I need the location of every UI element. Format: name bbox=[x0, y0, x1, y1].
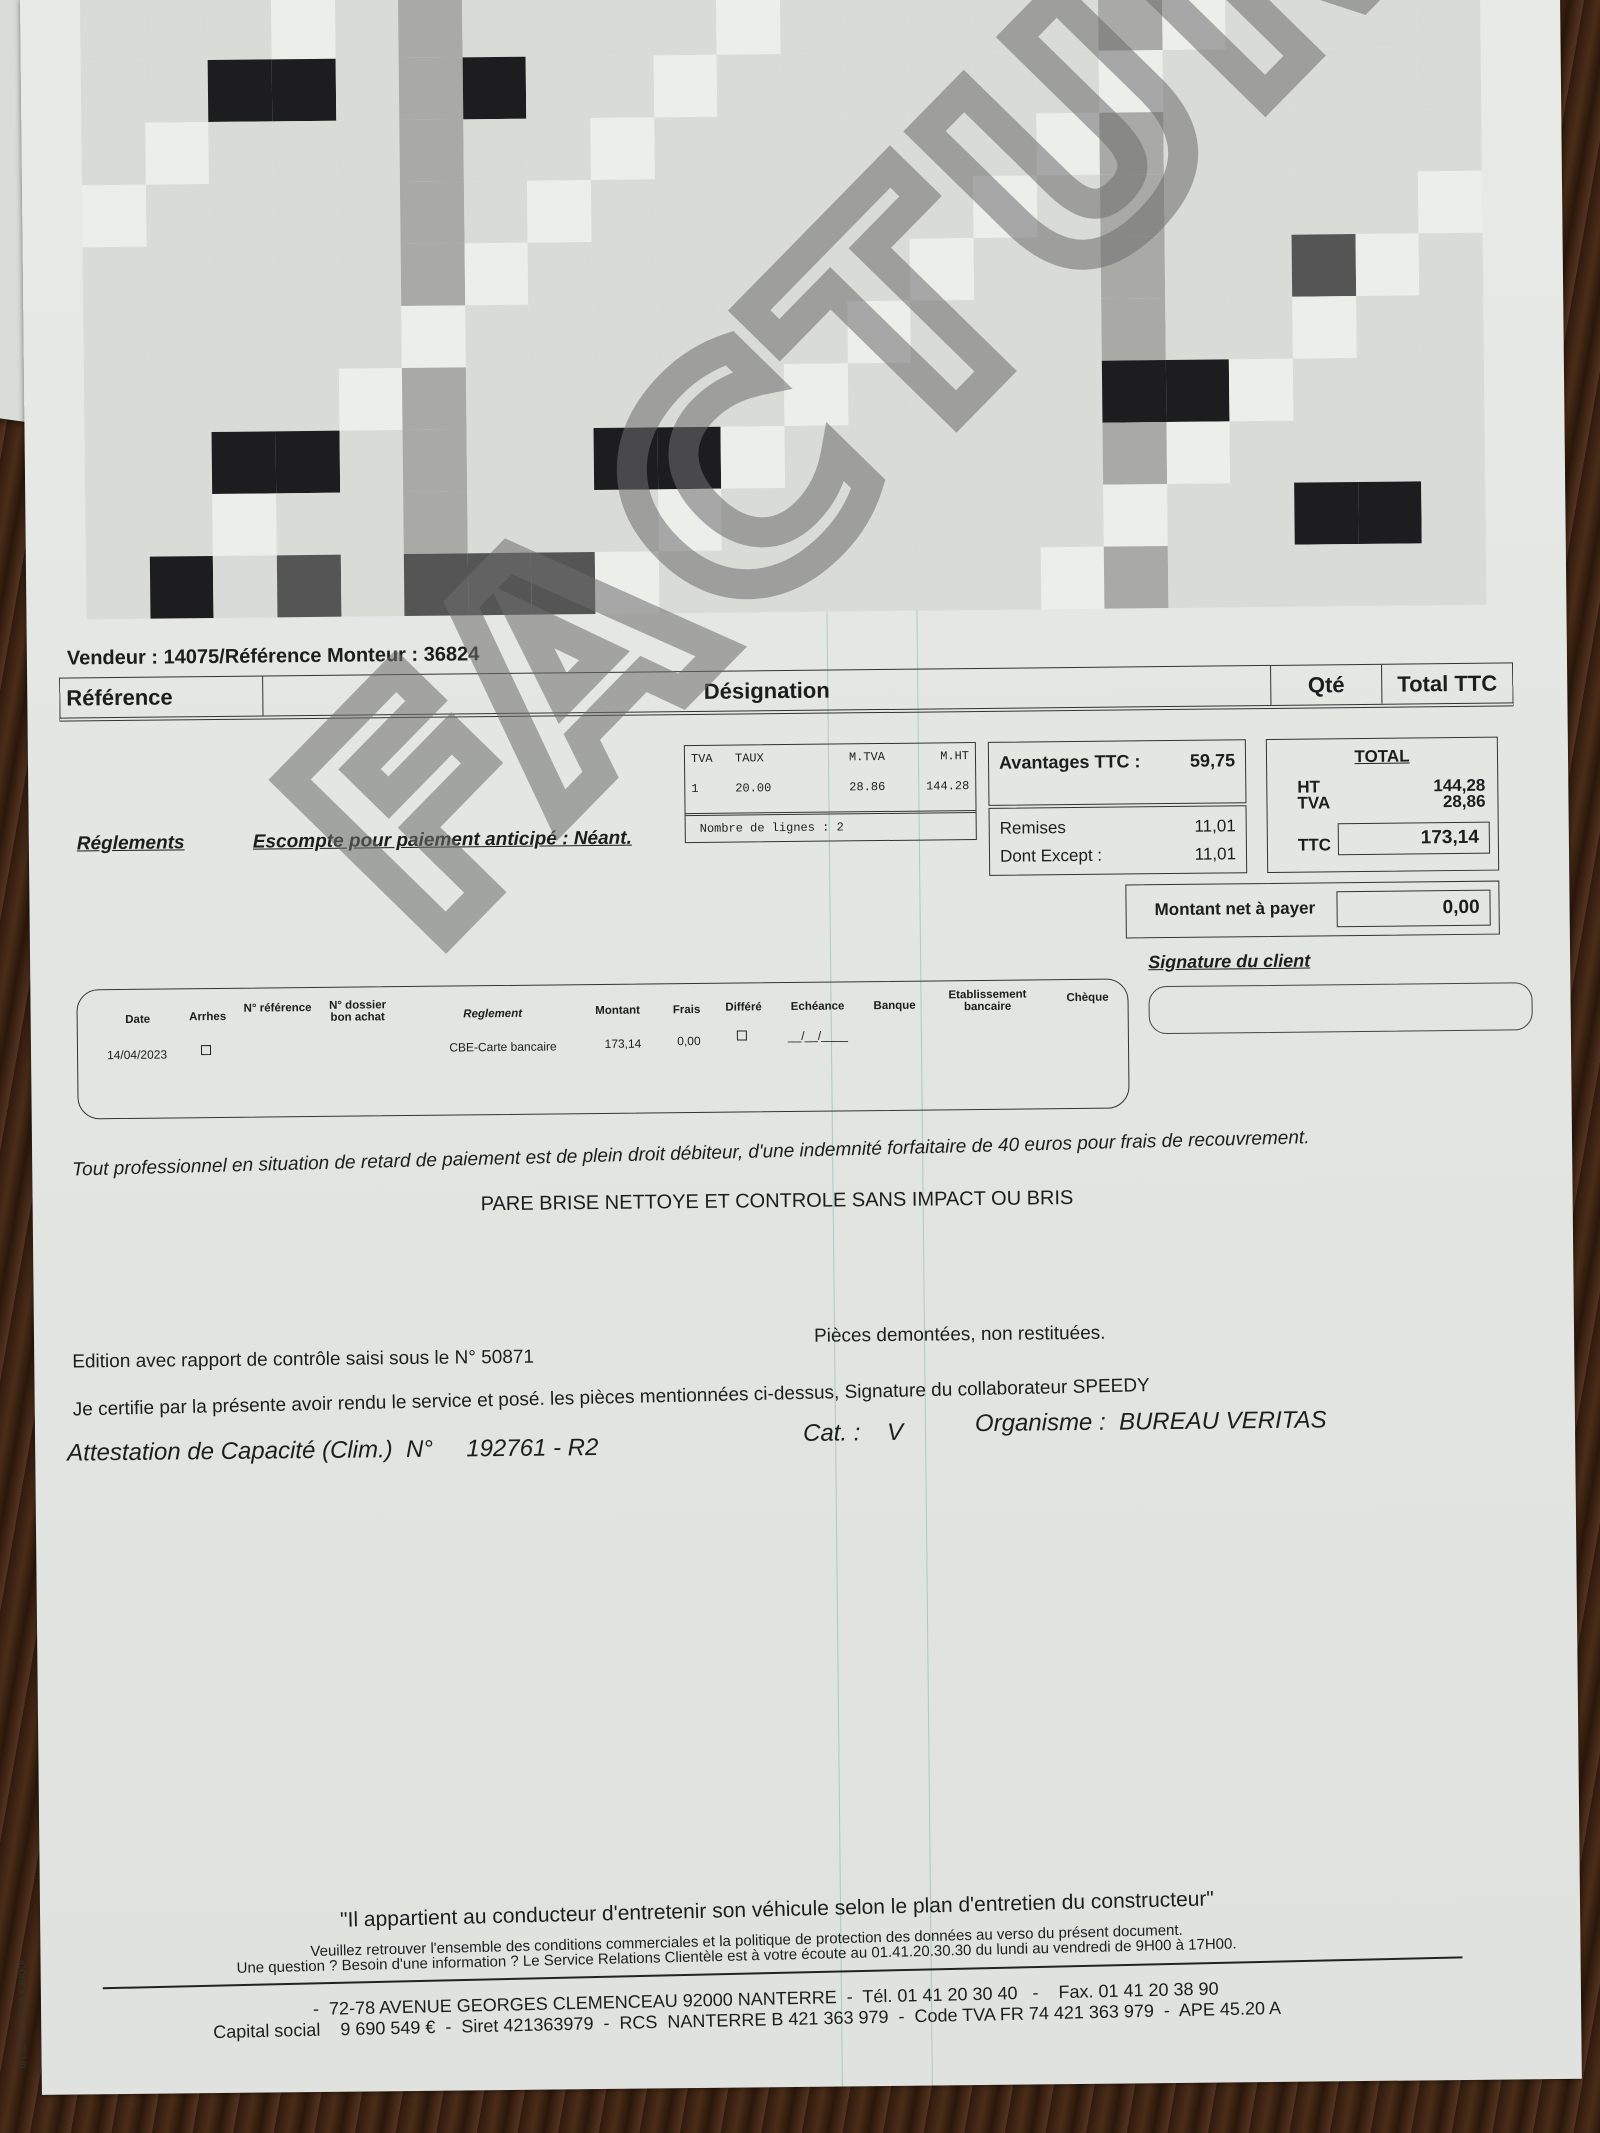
pay-col-etablissement: Etablissement bancaire bbox=[937, 988, 1037, 1013]
total-values: 144,28 28,86 bbox=[1433, 778, 1485, 811]
pay-frais: 0,00 bbox=[664, 1034, 714, 1049]
pay-col-dossier: N° dossier bon achat bbox=[317, 999, 397, 1024]
invoice-page: Vendeur : 14075/Référence Monteur : 3682… bbox=[20, 0, 1582, 2095]
total-title: TOTAL bbox=[1267, 746, 1497, 768]
pay-montant: 173,14 bbox=[588, 1036, 658, 1051]
tva-amount: 28.86 bbox=[815, 780, 885, 795]
tva-summary-table: TVA TAUX M.TVA M.HT 1 20.00 28.86 144.28… bbox=[684, 742, 977, 843]
dont-except-value: 11,01 bbox=[1195, 840, 1237, 868]
total-box: TOTAL HT TVA 144,28 28,86 TTC 173,14 bbox=[1266, 737, 1499, 873]
control-report-line: Edition avec rapport de contrôle saisi s… bbox=[72, 1347, 534, 1374]
tva-rate: 20.00 bbox=[735, 781, 815, 796]
pay-reglement: CBE-Carte bancaire bbox=[433, 1039, 573, 1054]
pay-col-echeance: Echéance bbox=[778, 1000, 858, 1013]
vendor-line: Vendeur : 14075/Référence Monteur : 3682… bbox=[67, 643, 480, 670]
line-count: Nombre de lignes : 2 bbox=[686, 810, 976, 842]
tva-value: 28,86 bbox=[1433, 794, 1485, 811]
arrhes-checkbox[interactable] bbox=[196, 1044, 216, 1058]
net-value: 0,00 bbox=[1336, 890, 1490, 928]
pay-col-date: Date bbox=[108, 1014, 168, 1027]
form-code: ICONEX 8050-0022 (2018) bbox=[17, 1960, 28, 2069]
tva-row: 1 20.00 28.86 144.28 bbox=[691, 779, 969, 796]
avantages-value: 59,75 bbox=[1190, 750, 1235, 771]
pay-col-differe: Différé bbox=[714, 1001, 774, 1014]
reglements-label: Réglements bbox=[77, 832, 185, 855]
late-payment-notice: Tout professionnel en situation de retar… bbox=[72, 1123, 1472, 1182]
signature-label: Signature du client bbox=[1148, 951, 1310, 974]
tva-col: TVA bbox=[691, 752, 735, 766]
total-labels: HT TVA bbox=[1297, 779, 1330, 811]
col-designation: Désignation bbox=[263, 666, 1271, 716]
dont-except-label: Dont Except : bbox=[1000, 846, 1102, 866]
items-table-header: Référence Désignation Qté Total TTC bbox=[59, 662, 1513, 721]
tva-code: 1 bbox=[691, 782, 735, 796]
mht-col: M.HT bbox=[885, 749, 969, 764]
pay-echeance: __/__/____ bbox=[778, 1028, 858, 1043]
net-to-pay-box: Montant net à payer 0,00 bbox=[1125, 881, 1500, 939]
mtva-col: M.TVA bbox=[815, 750, 885, 765]
avantages-box: Avantages TTC : 59,75 bbox=[988, 739, 1247, 806]
pay-date: 14/04/2023 bbox=[92, 1047, 182, 1062]
tva-label: TVA bbox=[1297, 795, 1330, 811]
payment-table: Date Arrhes N° référence N° dossier bon … bbox=[76, 978, 1129, 1119]
organisme-line: Organisme : BUREAU VERITAS bbox=[975, 1406, 1327, 1438]
remises-box: Remises11,01 Dont Except :11,01 bbox=[989, 805, 1248, 876]
ttc-value: 173,14 bbox=[1338, 822, 1490, 856]
signature-field[interactable] bbox=[1148, 982, 1532, 1034]
redacted-customer-block bbox=[80, 0, 1486, 619]
ht-amount: 144.28 bbox=[885, 779, 969, 794]
pay-col-arrhes: Arrhes bbox=[178, 1011, 238, 1024]
escompte-label: Escompte pour paiement anticipé : Néant. bbox=[253, 828, 632, 854]
parts-note: Pièces demontées, non restituées. bbox=[814, 1323, 1106, 1348]
remises-label: Remises bbox=[1000, 818, 1066, 838]
attestation-line: Attestation de Capacité (Clim.) N° 19276… bbox=[67, 1434, 598, 1468]
pay-col-reglement: Reglement bbox=[428, 1007, 558, 1020]
pay-col-frais: Frais bbox=[662, 1004, 712, 1017]
col-reference: Référence bbox=[60, 676, 263, 717]
ttc-label: TTC bbox=[1298, 835, 1331, 855]
pay-col-banque: Banque bbox=[860, 1000, 930, 1013]
windshield-note: PARE BRISE NETTOYE ET CONTROLE SANS IMPA… bbox=[481, 1187, 1074, 1216]
col-total-ttc: Total TTC bbox=[1382, 663, 1512, 703]
pay-col-ref: N° référence bbox=[243, 1002, 313, 1015]
net-label: Montant net à payer bbox=[1154, 898, 1315, 920]
tva-header-row: TVA TAUX M.TVA M.HT bbox=[691, 749, 969, 766]
category-line: Cat. : V bbox=[803, 1419, 903, 1448]
differe-checkbox[interactable] bbox=[732, 1029, 752, 1043]
col-quantity: Qté bbox=[1271, 665, 1382, 705]
avantages-label: Avantages TTC : bbox=[999, 751, 1141, 772]
taux-col: TAUX bbox=[735, 751, 815, 766]
remises-value: 11,01 bbox=[1194, 812, 1236, 840]
pay-col-montant: Montant bbox=[578, 1004, 658, 1017]
pay-col-cheque: Chèque bbox=[1057, 992, 1117, 1005]
